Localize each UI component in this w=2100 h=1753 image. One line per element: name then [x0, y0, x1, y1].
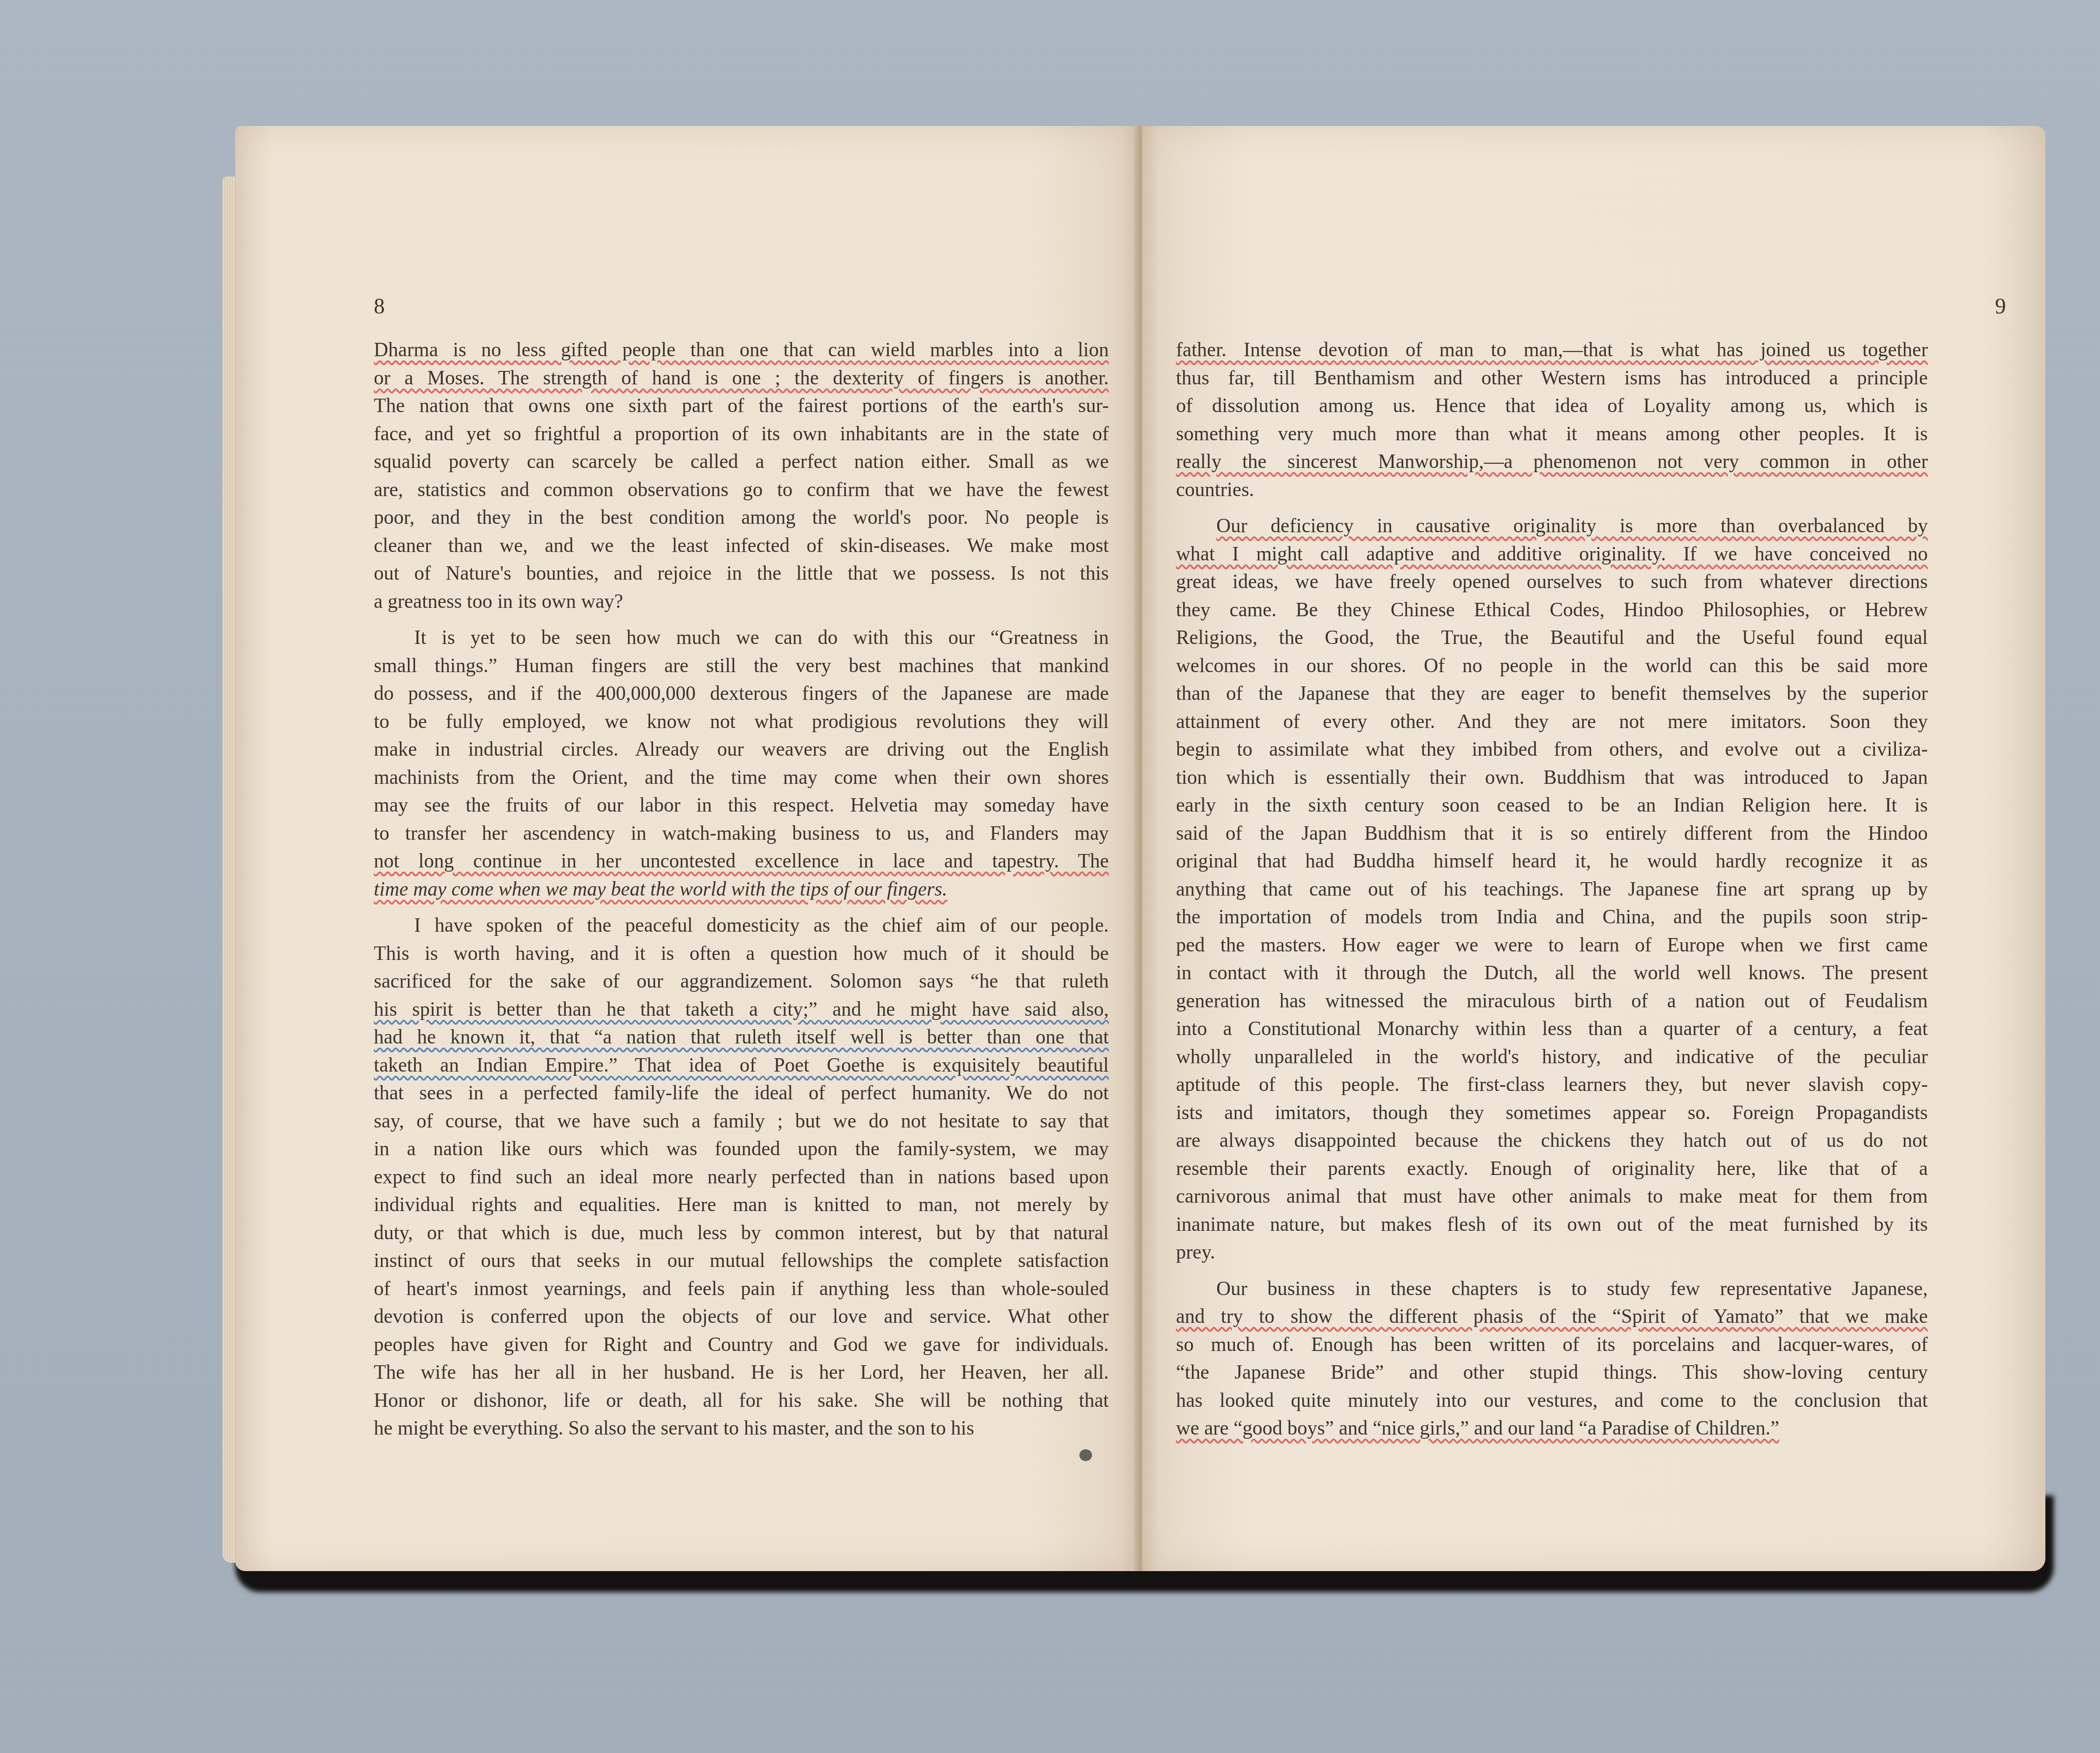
text-line: squalid poverty can scarcely be called a… [374, 448, 1109, 476]
text-line: what I might call adaptive and additive … [1176, 540, 1928, 568]
text-line: inanimate nature, but makes flesh of its… [1176, 1211, 1928, 1239]
ink-blot [1079, 1449, 1092, 1461]
text-line: duty, or that which is due, much less by… [374, 1219, 1109, 1247]
text-line: expect to find such an ideal more nearly… [374, 1163, 1109, 1191]
text-line: or a Moses. The strength of hand is one … [374, 364, 1109, 392]
text-line: small things.” Human fingers are still t… [374, 652, 1109, 680]
text-line: into a Constitutional Monarchy within le… [1176, 1015, 1928, 1043]
text-line: they came. Be they Chinese Ethical Codes… [1176, 596, 1928, 624]
text-line: his spirit is better than he that taketh… [374, 996, 1109, 1024]
open-book: 8 Dharma is no less gifted people than o… [235, 126, 2045, 1580]
text-line: welcomes in our shores. Of no people in … [1176, 652, 1928, 680]
text-line: begin to assimilate what they imbibed fr… [1176, 736, 1928, 764]
text-line: said of the Japan Buddhism that it is so… [1176, 820, 1928, 848]
text-line: to be fully employed, we know not what p… [374, 708, 1109, 736]
text-line: say, of course, that we have such a fami… [374, 1107, 1109, 1135]
right-page-text: father. Intense devotion of man to man,—… [1176, 336, 1928, 1443]
left-page-text: Dharma is no less gifted people than one… [374, 336, 1109, 1443]
text-line: machinists from the Orient, and the time… [374, 764, 1109, 792]
text-line: a greatness too in its own way? [374, 588, 1109, 616]
text-line: father. Intense devotion of man to man,—… [1176, 336, 1928, 364]
text-line: Our deficiency in causative originality … [1176, 512, 1928, 540]
text-line: ists and imitators, though they sometime… [1176, 1099, 1928, 1127]
text-line: that sees in a perfected family-life the… [374, 1079, 1109, 1107]
text-line: Our business in these chapters is to stu… [1176, 1275, 1928, 1303]
text-line: The wife has her all in her husband. He … [374, 1359, 1109, 1387]
text-line: countries. [1176, 476, 1928, 504]
page-number-left: 8 [374, 294, 385, 319]
text-line: he might be everything. So also the serv… [374, 1414, 1109, 1443]
text-line: in contact with it through the Dutch, al… [1176, 959, 1928, 987]
text-line: The nation that owns one sixth part of t… [374, 392, 1109, 420]
text-line: aptitude of this people. The first-class… [1176, 1071, 1928, 1099]
text-line: really the sincerest Manworship,—a pheno… [1176, 448, 1928, 476]
text-line: to transfer her ascendency in watch-maki… [374, 820, 1109, 848]
text-line: and try to show the different phasis of … [1176, 1303, 1928, 1331]
text-line: thus far, till Benthamism and other West… [1176, 364, 1928, 392]
paragraph-gap [374, 903, 1109, 912]
paragraph-gap [374, 615, 1109, 624]
text-line: face, and yet so frightful a proportion … [374, 420, 1109, 448]
paragraph-gap [1176, 504, 1928, 512]
text-line: time may come when we may beat the world… [374, 875, 1109, 904]
text-line: Honor or dishonor, life or death, all fo… [374, 1387, 1109, 1415]
text-line: may see the fruits of our labor in this … [374, 791, 1109, 820]
text-line: taketh an Indian Empire.” That idea of P… [374, 1051, 1109, 1080]
text-line: tion which is essentially their own. Bud… [1176, 764, 1928, 792]
text-line: carnivorous animal that must have other … [1176, 1183, 1928, 1211]
text-line: sacrificed for the sake of our aggrandiz… [374, 967, 1109, 996]
text-line: something very much more than what it me… [1176, 420, 1928, 448]
text-line: the importation of models trom India and… [1176, 903, 1928, 931]
text-line: of heart's inmost yearnings, and feels p… [374, 1275, 1109, 1303]
text-line: This is worth having, and it is often a … [374, 940, 1109, 968]
text-line: “the Japanese Bride” and other stupid th… [1176, 1359, 1928, 1387]
text-line: poor, and they in the best condition amo… [374, 504, 1109, 532]
text-line: do possess, and if the 400,000,000 dexte… [374, 680, 1109, 708]
paragraph-gap [1176, 1267, 1928, 1275]
text-line: wholly unparalleled in the world's histo… [1176, 1043, 1928, 1071]
page-number-right: 9 [1995, 294, 2006, 319]
text-line: Religions, the Good, the True, the Beaut… [1176, 624, 1928, 652]
left-page: 8 Dharma is no less gifted people than o… [235, 126, 1138, 1571]
text-line: so much of. Enough has been written of i… [1176, 1331, 1928, 1359]
text-line: ped the masters. How eager we were to le… [1176, 931, 1928, 959]
text-line: great ideas, we have freely opened ourse… [1176, 568, 1928, 596]
text-line: are always disappointed because the chic… [1176, 1127, 1928, 1155]
text-line: resemble their parents exactly. Enough o… [1176, 1155, 1928, 1183]
text-line: devotion is conferred upon the objects o… [374, 1303, 1109, 1331]
text-line: in a nation like ours which was founded … [374, 1135, 1109, 1163]
text-line: than of the Japanese that they are eager… [1176, 680, 1928, 708]
text-line: not long continue in her uncontested exc… [374, 847, 1109, 875]
text-line: attainment of every other. And they are … [1176, 708, 1928, 736]
text-line: are, statistics and common observations … [374, 476, 1109, 504]
text-line: had he known it, that “a nation that rul… [374, 1023, 1109, 1051]
text-line: cleaner than we, and we the least infect… [374, 532, 1109, 560]
text-line: peoples have given for Right and Country… [374, 1331, 1109, 1359]
text-line: prey. [1176, 1238, 1928, 1267]
text-line: It is yet to be seen how much we can do … [374, 624, 1109, 652]
right-page: 9 father. Intense devotion of man to man… [1142, 126, 2045, 1571]
text-line: Dharma is no less gifted people than one… [374, 336, 1109, 364]
text-line: make in industrial circles. Already our … [374, 736, 1109, 764]
text-line: individual rights and equalities. Here m… [374, 1191, 1109, 1219]
text-line: instinct of ours that seeks in our mutua… [374, 1247, 1109, 1275]
text-line: early in the sixth century soon ceased t… [1176, 791, 1928, 820]
text-line: I have spoken of the peaceful domesticit… [374, 912, 1109, 940]
text-line: has looked quite minutely into our vestu… [1176, 1387, 1928, 1415]
text-line: out of Nature's bounties, and rejoice in… [374, 560, 1109, 588]
text-line: original that had Buddha himself heard i… [1176, 847, 1928, 875]
text-line: anything that came out of his teachings.… [1176, 875, 1928, 904]
text-line: of dissolution among us. Hence that idea… [1176, 392, 1928, 420]
text-line: we are “good boys” and “nice girls,” and… [1176, 1414, 1928, 1443]
text-line: generation has witnessed the miraculous … [1176, 987, 1928, 1015]
